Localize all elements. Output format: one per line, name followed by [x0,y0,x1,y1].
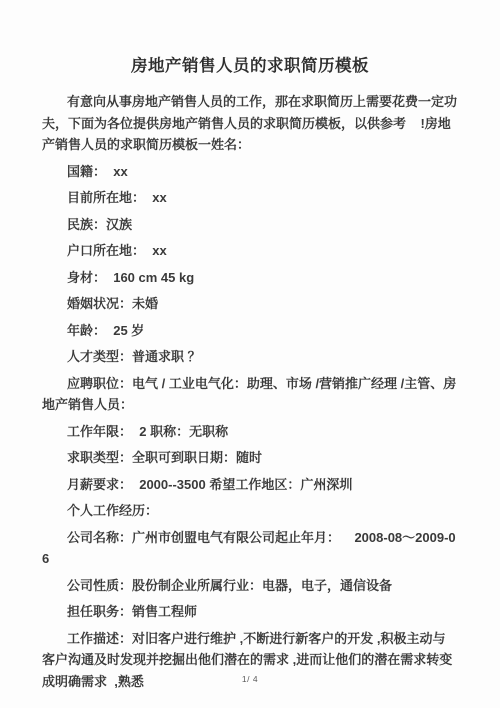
field-talent-type: 人才类型：普通求职 ？ [42,346,458,368]
field-desired-position: 应聘职位：电气 / 工业电气化：助理、市场 /营销推广经理 /主管、房地产销售人… [42,373,458,416]
field-marital-status: 婚姻状况：未婚 [42,293,458,315]
field-job-title: 担任职务：销售工程师 [42,601,458,623]
page-number: 1/ 4 [0,674,500,684]
field-company-type: 公司性质：股份制企业所属行业：电器，电子，通信设备 [42,575,458,597]
field-body-stats: 身材： 160 cm 45 kg [42,267,458,289]
field-job-type: 求职类型：全职可到职日期：随时 [42,447,458,469]
field-company-name: 公司名称：广州市创盟电气有限公司起止年月： 2008-08～2009-06 [42,527,458,570]
page-title: 房地产销售人员的求职简历模板 [42,54,458,78]
field-ethnicity: 民族：汉族 [42,214,458,236]
field-current-location: 目前所在地： xx [42,187,458,209]
intro-paragraph: 有意向从事房地产销售人员的工作，那在求职简历上需要花费一定功夫，下面为各位提供房… [42,91,458,156]
field-salary-expectation: 月薪要求： 2000--3500 希望工作地区：广州深圳 [42,474,458,496]
section-work-experience: 个人工作经历： [42,500,458,522]
field-work-years: 工作年限： 2 职称：无职称 [42,421,458,443]
field-nationality: 国籍： xx [42,161,458,183]
document-page: 房地产销售人员的求职简历模板 有意向从事房地产销售人员的工作，那在求职简历上需要… [0,0,500,708]
field-household-registration: 户口所在地： xx [42,240,458,262]
field-age: 年龄： 25 岁 [42,320,458,342]
